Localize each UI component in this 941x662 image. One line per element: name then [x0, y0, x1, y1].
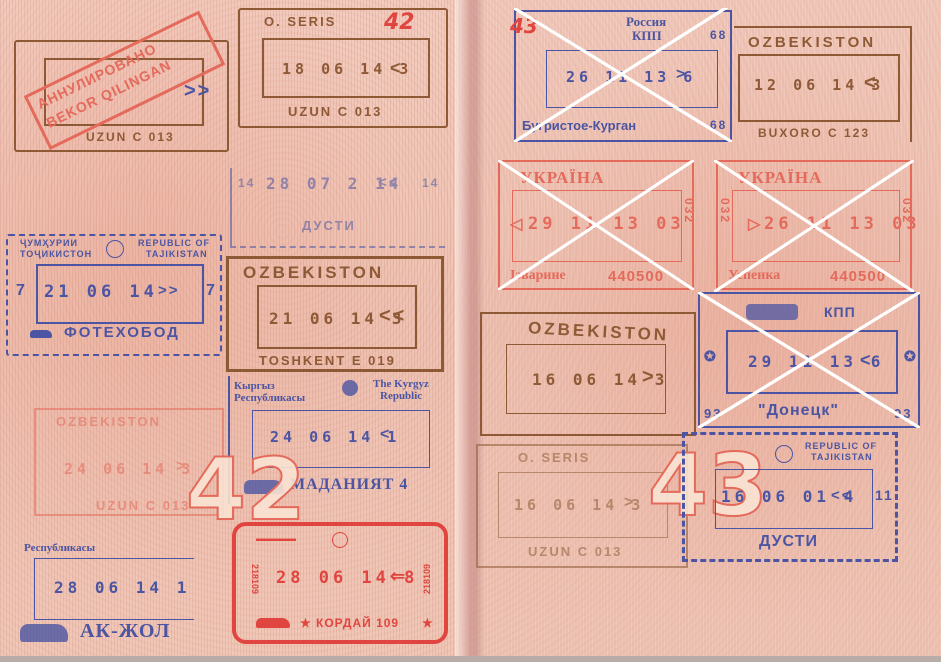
stamp-tj-dusti-2: REPUBLIC OF TAJIKISTAN 16 06 01 4 << 11 … [682, 432, 898, 562]
stamp-uz-bukhoro: OZBEKISTON 12 06 14 3 < BUXORO C 123 [734, 26, 912, 142]
stamp-kz-korday: ▬▬▬▬▬ 218109 28 06 14 8 ⇐ 218109 ★ КОРДА… [232, 522, 448, 644]
page-mark-42: 42 [384, 10, 415, 35]
page-right: Россия КПП 68 26 11 13 6 > Бугристое-Кур… [470, 0, 941, 662]
page-left: UZUN C 013 >> АННУЛИРОВАНО BEKOR QILINGA… [0, 0, 462, 662]
passport-spread: UZUN C 013 >> АННУЛИРОВАНО BEKOR QILINGA… [0, 0, 941, 662]
emblem-icon [106, 240, 124, 258]
stamp-ua-1: УКРАЇНА 29 11 13 03 ◁ 032 Ізварине 44050… [498, 160, 694, 290]
stamp-uz-ozbekiston-2: OZBEKISTON 16 06 14 3 > [480, 312, 696, 436]
emblem-icon [332, 532, 348, 548]
emblem-icon [342, 380, 358, 396]
car-icon [20, 624, 68, 642]
stamp-ua-2: УКРАЇНА 032 ▷ 26 11 13 03 032 Успенка 44… [716, 160, 912, 290]
stamp-ru-kpp: Россия КПП 68 26 11 13 6 > Бугристое-Кур… [514, 10, 732, 142]
page-mark-43: 43 [510, 14, 538, 38]
car-icon [30, 330, 52, 338]
stamp-tj-fotekhobod: ҶУМҲУРИИ ТОҶИКИСТОН REPUBLIC OF TAJIKIST… [6, 234, 222, 356]
table-surface [0, 656, 941, 662]
car-icon [256, 618, 290, 628]
stamp-ru-donetsk: КПП ✪ 29 11 13 6 < ✪ 93 "Донецк" 93 [698, 292, 920, 428]
stamp-uz-uzun-entry: O. SERIS 18 06 14 3 < UZUN C 013 [238, 8, 448, 128]
stamp-tj-dusti-1: 14 28 07 2 14 << 14 ДУСТИ [230, 168, 445, 248]
car-icon [746, 304, 798, 320]
emblem-icon [775, 445, 793, 463]
stamp-uz-toshkent: OZBEKISTON 21 06 14 3 << TOSHKENT E 019 [226, 256, 444, 372]
stamp-kg-ak-zhol: Республикасы 28 06 14 1 АК-ЖОЛ [14, 540, 194, 648]
